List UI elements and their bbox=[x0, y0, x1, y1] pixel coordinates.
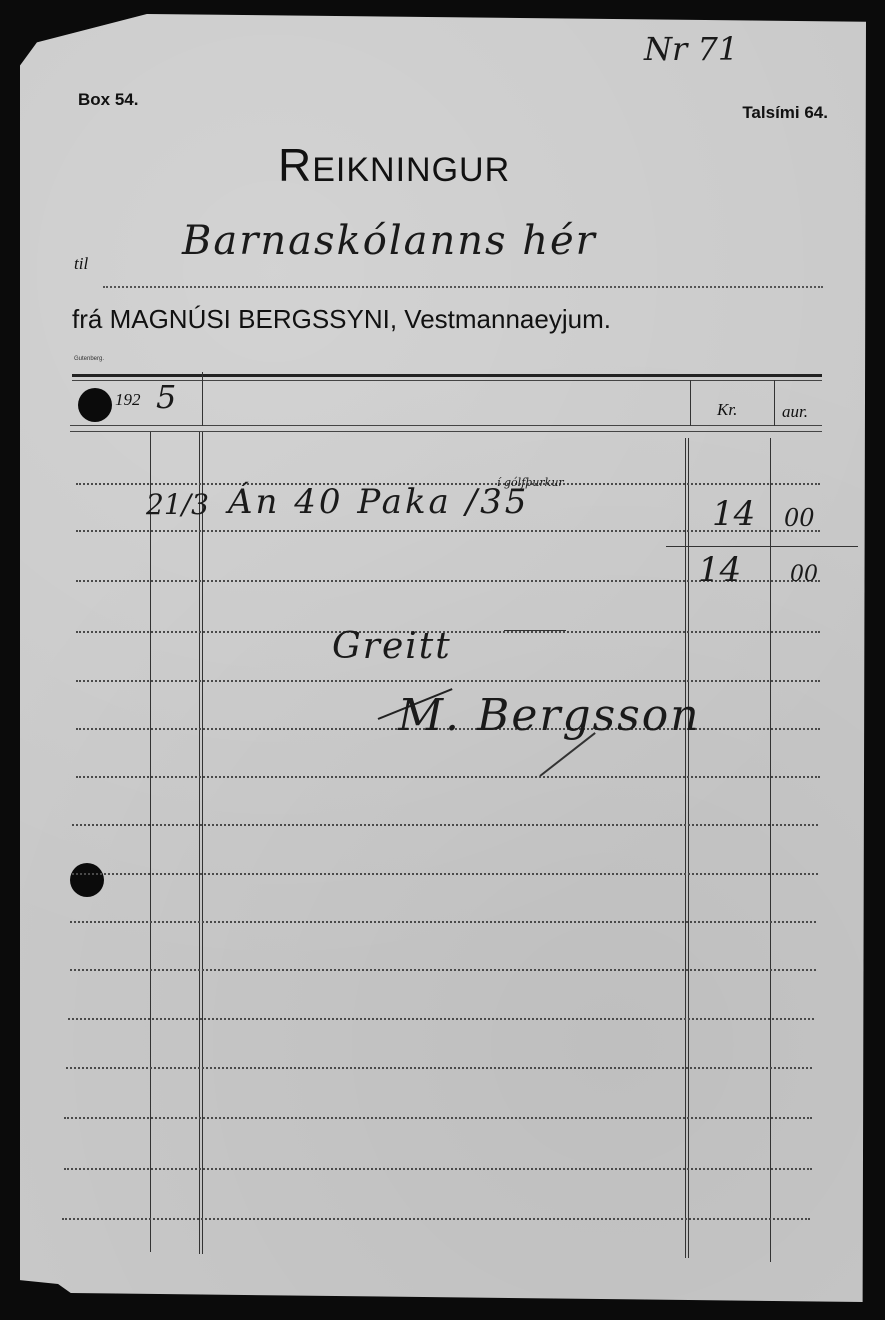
ruled-line bbox=[76, 776, 820, 778]
column-line-kr-left-double bbox=[688, 438, 689, 1258]
entry-amount-aur: 00 bbox=[784, 504, 815, 532]
table-header-rule bbox=[70, 425, 822, 426]
column-line-description-left bbox=[199, 432, 200, 1254]
column-line-kr-left bbox=[685, 438, 686, 1258]
ruled-line bbox=[66, 1067, 812, 1069]
signature: M. Bergsson bbox=[398, 690, 701, 741]
entry-date: 21/3 bbox=[146, 488, 209, 521]
column-line-description-left-double bbox=[202, 432, 203, 1254]
recipient-label: til bbox=[74, 254, 88, 274]
ruled-line bbox=[76, 680, 820, 682]
ruled-line bbox=[64, 1168, 812, 1170]
recipient-dotted-line bbox=[103, 286, 823, 288]
column-line-date bbox=[150, 432, 151, 1252]
ruled-line bbox=[72, 873, 818, 875]
punch-hole-top bbox=[78, 388, 112, 422]
printer-mark: Gutenberg. bbox=[74, 356, 104, 362]
table-header-rule-double bbox=[70, 431, 822, 432]
ruled-line bbox=[70, 921, 816, 923]
title-initial: R bbox=[278, 139, 312, 191]
column-header-aurar: aur. bbox=[782, 402, 808, 422]
total-amount-aur: 00 bbox=[790, 562, 818, 587]
column-header-krona: Kr. bbox=[717, 400, 737, 420]
ruled-line bbox=[62, 1218, 810, 1220]
title-rest: EIKNINGUR bbox=[312, 151, 510, 189]
header-rule-thin bbox=[72, 380, 822, 381]
recipient-value: Barnaskólanns hér bbox=[182, 218, 597, 264]
punch-hole-middle bbox=[70, 863, 104, 897]
sum-rule bbox=[666, 546, 858, 547]
year-printed: 192 bbox=[115, 390, 141, 410]
year-handwritten: 5 bbox=[156, 378, 176, 416]
header-rule-thick bbox=[72, 374, 822, 377]
po-box: Box 54. bbox=[78, 90, 138, 110]
greeting-stroke bbox=[504, 630, 566, 631]
column-line-aur-header bbox=[774, 380, 775, 426]
entry-description: Án 40 Paka /35 bbox=[228, 482, 529, 522]
ruled-line bbox=[64, 1117, 812, 1119]
ruled-line bbox=[76, 530, 820, 532]
column-line-aur-left bbox=[770, 438, 771, 1262]
ruled-line bbox=[70, 969, 816, 971]
total-amount-kr: 14 bbox=[698, 550, 741, 590]
ruled-line bbox=[72, 824, 818, 826]
telephone-number: Talsími 64. bbox=[742, 103, 828, 123]
invoice-number: Nr 71 bbox=[644, 30, 738, 68]
column-line-year-divider bbox=[202, 372, 203, 426]
document-title: REIKNINGUR bbox=[278, 138, 510, 192]
ruled-line bbox=[68, 1018, 814, 1020]
sender-line: frá MAGNÚSI BERGSSYNI, Vestmannaeyjum. bbox=[72, 304, 611, 335]
column-line-kr-header bbox=[690, 380, 691, 426]
paid-note: Greitt bbox=[332, 626, 452, 667]
entry-amount-kr: 14 bbox=[712, 494, 755, 534]
